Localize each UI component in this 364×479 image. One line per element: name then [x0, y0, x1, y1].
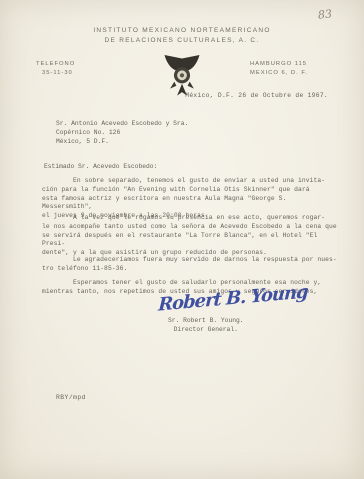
- letterhead-phone-block: TELEFONO 35-11-30: [36, 60, 75, 77]
- letterhead-organization: INSTITUTO MEXICANO NORTEAMERICANO DE REL…: [0, 26, 364, 46]
- body-paragraph-3: Le agradeceríamos fuera muy servido de d…: [42, 256, 338, 274]
- handwritten-page-number: 83: [317, 7, 332, 21]
- phone-number: 35-11-30: [36, 69, 75, 78]
- typed-signature-block: Sr. Robert B. Young. Director General.: [168, 317, 244, 335]
- letterhead-org-line2: DE RELACIONES CULTURALES, A. C.: [0, 36, 364, 46]
- letterhead-org-line1: INSTITUTO MEXICANO NORTEAMERICANO: [0, 26, 364, 36]
- phone-label: TELEFONO: [36, 60, 75, 69]
- recipient-address: Sr. Antonio Acevedo Escobedo y Sra. Copé…: [56, 120, 188, 146]
- salutation: Estimado Sr. Acevedo Escobedo:: [44, 163, 157, 170]
- letter-page: 83 INSTITUTO MEXICANO NORTEAMERICANO DE …: [0, 0, 364, 479]
- reference-initials: RBY/mpd: [56, 394, 86, 401]
- letterhead-address-block: HAMBURGO 115 MEXICO 6, D. F.: [250, 60, 308, 77]
- body-paragraph-2: A la vez que le rogamos su presencia en …: [42, 214, 338, 258]
- address-line2: MEXICO 6, D. F.: [250, 69, 308, 78]
- address-line1: HAMBURGO 115: [250, 60, 308, 69]
- dateline: México, D.F. 26 de Octubre de 1967.: [185, 92, 328, 99]
